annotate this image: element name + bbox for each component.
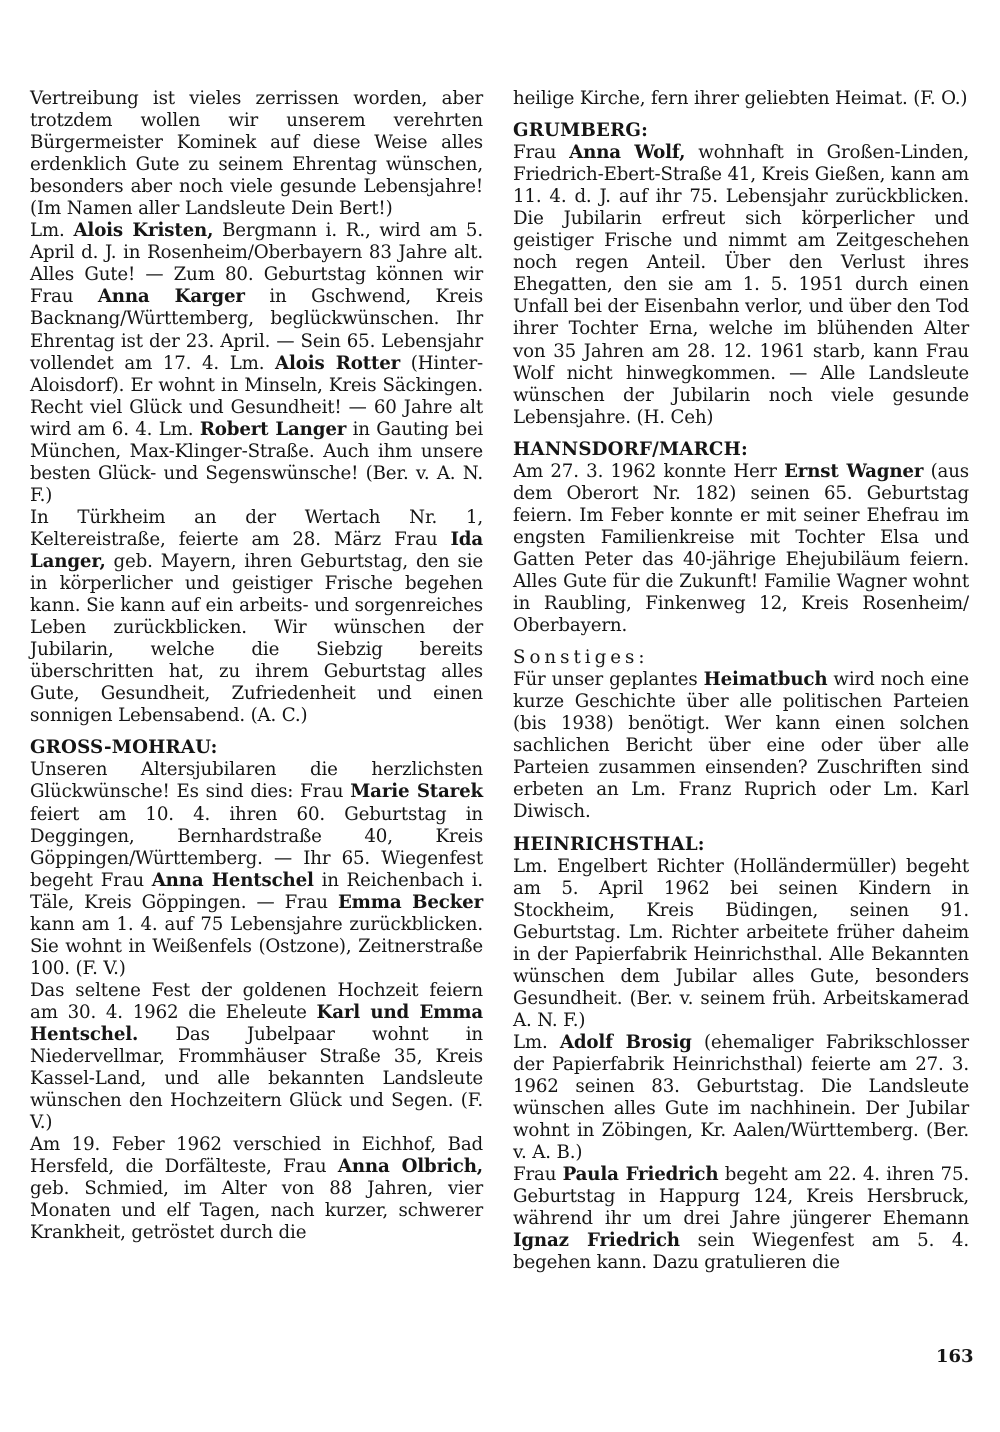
text-run: geb. Mayern, ihren Geburtstag, den sie i… (30, 551, 483, 726)
text-run: Frau (513, 142, 569, 163)
text-run: In Türkheim an der Wertach Nr. 1, Kelter… (30, 507, 483, 550)
bold-name: Adolf Brosig (560, 1032, 692, 1053)
text-run: Lm. (30, 220, 73, 241)
section-heading-spaced: Sonstiges: (513, 647, 969, 669)
text-run: kann am 1. 4. auf 75 Lebensjahre zurückb… (30, 914, 483, 979)
bold-name: Anna Karger (98, 286, 245, 307)
bold-name: Paula Friedrich (563, 1164, 719, 1185)
bold-name: Marie Starek (350, 781, 483, 802)
bold-name: Emma Becker (338, 892, 483, 913)
text-run: Vertreibung ist vieles zerrissen worden,… (30, 88, 483, 219)
paragraph: Vertreibung ist vieles zerrissen worden,… (30, 88, 483, 220)
paragraph: Lm. Engelbert Richter (Holländermüller) … (513, 856, 969, 1032)
text-run: Frau (513, 1164, 563, 1185)
section-heading: GROSS-MOHRAU: (30, 737, 483, 759)
bold-name: Anna Olbrich, (338, 1156, 483, 1177)
paragraph: Lm. Alois Kristen, Bergmann i. R., wird … (30, 220, 483, 507)
paragraph: Am 19. Feber 1962 verschied in Eichhof, … (30, 1134, 483, 1244)
text-run: wohnhaft in Großen-Linden, Friedrich-Ebe… (513, 142, 969, 428)
paragraph: Lm. Adolf Brosig (ehemaliger Fabrikschlo… (513, 1032, 969, 1164)
bold-name: Anna Wolf, (569, 142, 685, 163)
left-column: Vertreibung ist vieles zerrissen worden,… (30, 88, 483, 1244)
text-run: heilige Kirche, fern ihrer geliebten Hei… (513, 88, 967, 109)
bold-name: Alois Kristen, (73, 220, 213, 241)
paragraph: Für unser geplantes Heimatbuch wird noch… (513, 669, 969, 823)
paragraph: Unseren Altersjubilaren die herzlichsten… (30, 759, 483, 979)
paragraph: Frau Anna Wolf, wohnhaft in Großen-Linde… (513, 142, 969, 429)
bold-name: Anna Hentschel (152, 870, 314, 891)
page-number: 163 (936, 1346, 974, 1367)
text-run: (aus dem Oberort Nr. 182) seinen 65. Geb… (513, 461, 969, 636)
text-run: Lm. Engelbert Richter (Holländermüller) … (513, 856, 969, 1031)
text-run: Am 27. 3. 1962 konnte Herr (513, 461, 784, 482)
bold-name: Alois Rotter (275, 353, 400, 374)
bold-name: Heimatbuch (704, 669, 828, 690)
section-heading: HANNSDORF/MARCH: (513, 439, 969, 461)
text-run: geb. Schmied, im Alter von 88 Jahren, vi… (30, 1178, 483, 1243)
paragraph: Das seltene Fest der goldenen Hochzeit f… (30, 980, 483, 1134)
paragraph: In Türkheim an der Wertach Nr. 1, Kelter… (30, 507, 483, 727)
paragraph: heilige Kirche, fern ihrer geliebten Hei… (513, 88, 969, 110)
text-run: Für unser geplantes (513, 669, 704, 690)
section-heading: GRUMBERG: (513, 120, 969, 142)
paragraph: Frau Paula Friedrich begeht am 22. 4. ih… (513, 1164, 969, 1274)
text-run: wird noch eine kurze Geschichte über all… (513, 669, 969, 822)
bold-name: Robert Langer (200, 419, 346, 440)
bold-name: Ignaz Friedrich (513, 1230, 680, 1251)
paragraph: Am 27. 3. 1962 konnte Herr Ernst Wagner … (513, 461, 969, 637)
section-heading: HEINRICHSTHAL: (513, 834, 969, 856)
bold-name: Ernst Wagner (784, 461, 923, 482)
right-column: heilige Kirche, fern ihrer geliebten Hei… (513, 88, 969, 1274)
text-run: Lm. (513, 1032, 560, 1053)
